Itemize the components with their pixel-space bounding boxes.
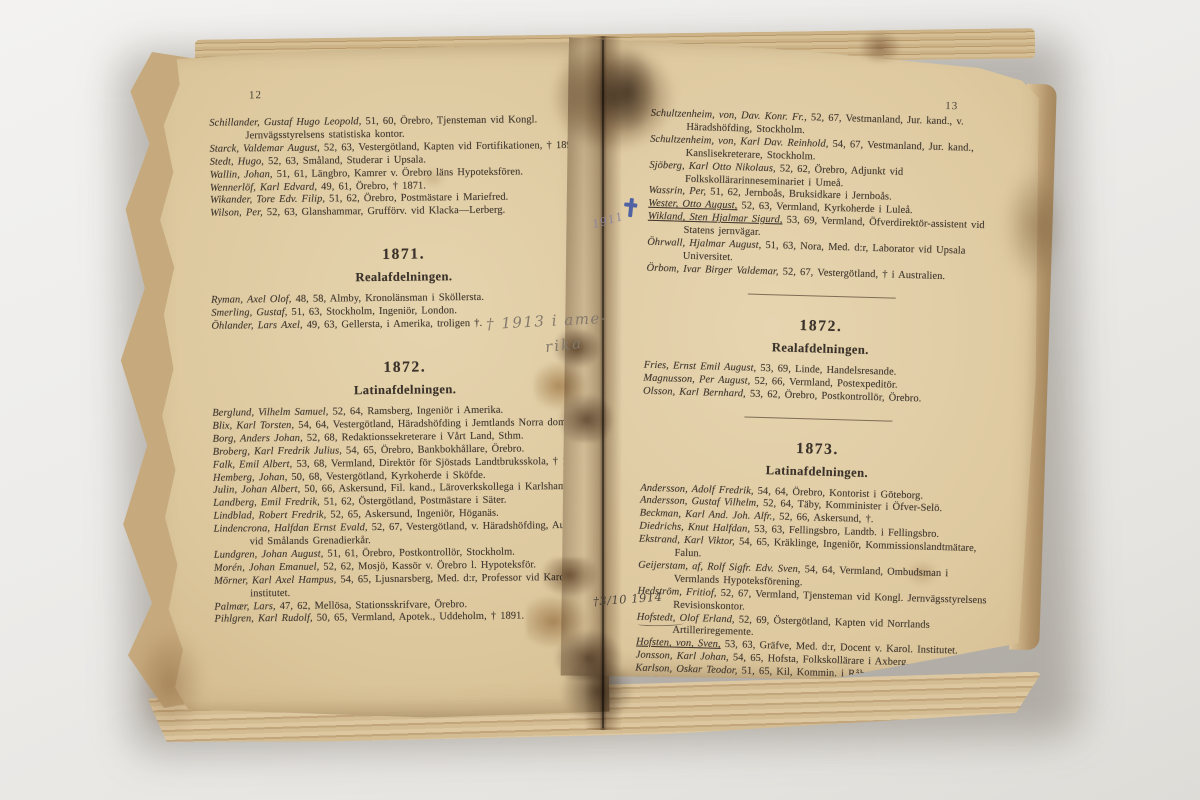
book-gutter-line	[602, 40, 604, 728]
entry-name: Lindblad, Robert Fredrik,	[213, 510, 326, 522]
entry-name: Wassrin, Per,	[649, 185, 707, 198]
section-divider	[748, 293, 896, 298]
page-right-text: Schultzenheim, von, Dav. Konr. Fr., 52, …	[634, 100, 1003, 712]
entry-name: Fries, Ernst Emil August,	[644, 359, 757, 373]
entry-name: Broberg, Karl Fredrik Julius,	[213, 445, 342, 457]
entry-name: Borg, Anders Johan,	[213, 433, 303, 445]
entry-name: Lindencrona, Halfdan Ernst Evald,	[213, 522, 367, 535]
entry-name: Wikander, Tore Edv. Filip,	[210, 194, 325, 206]
entry-name: Jonsson, Karl Johan,	[636, 650, 729, 664]
entry-name: Julin, Johan Albert,	[213, 484, 300, 496]
entry-name: Wallin, Johan,	[210, 169, 273, 181]
blue-cross-annotation-icon	[623, 197, 638, 217]
entry-name: Palmær, Lars,	[214, 601, 275, 613]
entry-name: Hemberg, Johan,	[213, 471, 287, 483]
year-heading: 1871.	[211, 244, 597, 266]
entry-name: Falk, Emil Albert,	[213, 458, 293, 470]
division-heading: Realafdelningen.	[644, 336, 996, 361]
entry-name: Smerling, Gustaf,	[211, 307, 287, 319]
entry-name: Schillander, Gustaf Hugo Leopold,	[209, 116, 361, 129]
entry-name: Olsson, Karl Bernhard,	[643, 385, 746, 399]
entry-name: Öhrwall, Hjalmar August,	[647, 237, 761, 251]
entry-name: Pihlgren, Karl Rudolf,	[214, 613, 312, 625]
entry-list: Schillander, Gustaf Hugo Leopold, 51, 60…	[209, 114, 596, 221]
register-entry: Schillander, Gustaf Hugo Leopold, 51, 60…	[209, 114, 595, 144]
entry-name: Ekstrand, Karl Viktor,	[639, 534, 735, 548]
entry-name: Wennerlöf, Karl Edvard,	[210, 181, 317, 193]
page-number-left: 12	[249, 89, 262, 101]
book-page-right: 13 Schultzenheim, von, Dav. Konr. Fr., 5…	[551, 33, 1047, 688]
entry-list: Schultzenheim, von, Dav. Konr. Fr., 52, …	[646, 108, 1003, 286]
entry-name: Örbom, Ivar Birger Valdemar,	[646, 263, 778, 278]
entry-name: Magnusson, Per August,	[643, 372, 750, 386]
entry-name: Starck, Valdemar August,	[210, 142, 320, 154]
entry-name: Hofstedt, Olof Erland,	[637, 611, 735, 625]
entry-name: Mörner, Karl Axel Hampus,	[214, 574, 336, 586]
page-left-text: Schillander, Gustaf Hugo Leopold, 51, 60…	[209, 106, 600, 627]
entry-name: Diedrichs, Knut Halfdan,	[639, 521, 750, 535]
register-entry: Lindencrona, Halfdan Ernst Evald, 52, 67…	[213, 520, 599, 550]
book-page-left: 12 Schillander, Gustaf Hugo Leopold, 51,…	[144, 40, 609, 721]
register-entry: Öhlander, Lars Axel, 49, 63, Gellersta, …	[211, 317, 597, 334]
open-book-photograph: 12 Schillander, Gustaf Hugo Leopold, 51,…	[0, 0, 1200, 800]
entry-name: Blix, Karl Torsten,	[212, 420, 294, 432]
entry-name: Lundgren, Johan August,	[214, 549, 324, 561]
entry-name: Ryman, Axel Olof,	[211, 294, 291, 306]
entry-name: Karlson, Oskar Teodor,	[635, 663, 737, 677]
entry-list: Berglund, Vilhelm Samuel, 52, 64, Ramsbe…	[212, 404, 600, 627]
entry-list: Ryman, Axel Olof, 48, 58, Almby, Kronolä…	[211, 291, 597, 334]
entry-name: Stedt, Hugo,	[210, 156, 264, 168]
entry-name: Öhlander, Lars Axel,	[211, 320, 302, 332]
year-heading: 1873.	[641, 435, 993, 463]
year-heading: 1872.	[645, 312, 997, 340]
entry-name: Morén, Johan Emanuel,	[214, 561, 319, 573]
entry-name: Hofsten, von, Sven,	[636, 637, 721, 650]
register-entry: Pihlgren, Karl Rudolf, 50, 65, Vermland,…	[214, 610, 600, 627]
entry-list: Fries, Ernst Emil August, 53, 69, Linde,…	[643, 359, 996, 408]
division-heading: Latinafdelningen.	[212, 381, 598, 400]
entry-name: Sjöberg, Karl Otto Nikolaus,	[649, 159, 776, 174]
entry-name: Landberg, Emil Fredrik,	[213, 497, 320, 509]
section-divider	[744, 416, 892, 421]
entry-name: Wikland, Sten Hjalmar Sigurd,	[648, 211, 783, 226]
entry-name: Wilson, Per,	[210, 208, 263, 220]
year-heading: 1872.	[212, 357, 598, 379]
register-entry: Wilson, Per, 52, 63, Glanshammar, Gruffö…	[210, 204, 596, 221]
entry-name: Berglund, Vilhelm Samuel,	[212, 406, 328, 418]
entry-name: Schultzenheim, von, Dav. Konr. Fr.,	[651, 108, 807, 123]
division-heading: Latinafdelningen.	[641, 459, 993, 484]
entry-name: Wester, Otto August,	[648, 198, 737, 211]
entry-name: Hedström, Fritiof,	[637, 585, 716, 598]
register-entry: Mörner, Karl Axel Hampus, 54, 65, Ljusna…	[214, 571, 600, 601]
division-heading: Realafdelningen.	[211, 268, 597, 287]
